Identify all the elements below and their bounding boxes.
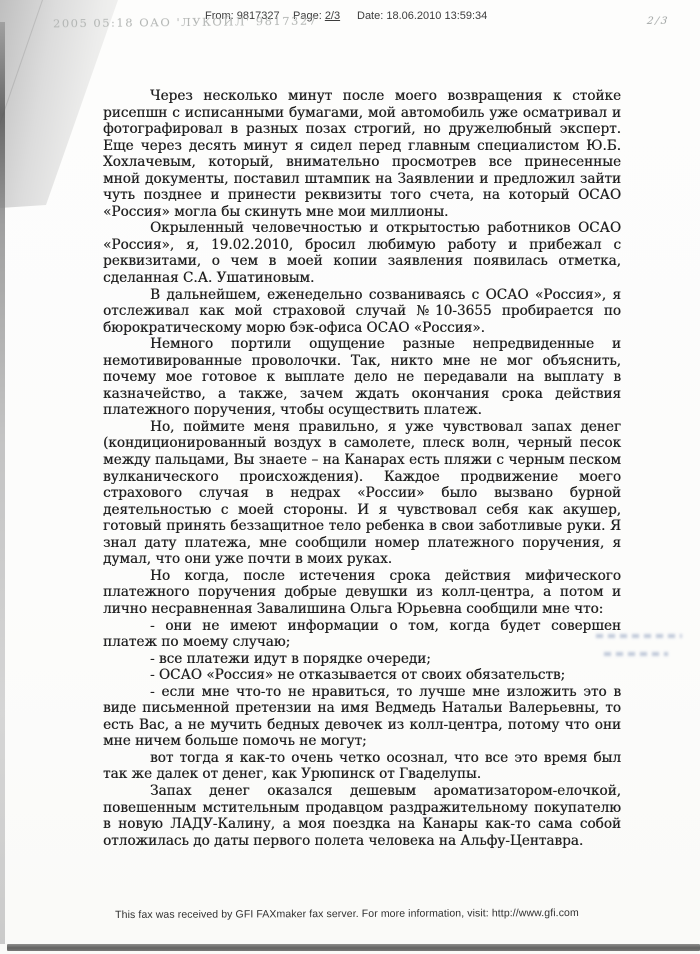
paragraph-8: Запах денег оказался дешевым ароматизато… <box>103 783 621 849</box>
paragraph-7: вот тогда я как-то очень четко осознал, … <box>103 750 621 783</box>
paragraph-6: Но когда, после истечения срока действия… <box>103 568 621 618</box>
paragraph-1: Через несколько минут после моего возвра… <box>103 88 621 220</box>
gfi-faxmaker-footer: This fax was received by GFI FAXmaker fa… <box>0 906 694 921</box>
fax-page-value: 2/3 <box>325 10 340 22</box>
corner-page-number: 2/3 <box>646 16 670 27</box>
paragraph-5: Но, поймите меня правильно, я уже чувств… <box>103 419 621 568</box>
fax-date-time: Date: 18.06.2010 13:59:34 <box>357 10 487 22</box>
list-item-1: - они не имеют информации о том, когда б… <box>103 618 621 651</box>
paragraph-2: Окрыленный человечностью и открытостью р… <box>103 220 621 286</box>
paragraph-3: В дальнейшем, еженедельно созваниваясь с… <box>103 287 621 337</box>
list-item-2: - все платежи идут в порядке очереди; <box>103 651 621 668</box>
paragraph-4: Немного портили ощущение разные непредви… <box>103 336 621 419</box>
ink-bleed-artifact <box>596 634 682 638</box>
scan-edge-bottom <box>7 944 700 951</box>
list-item-4: - если мне что-то не нравиться, то лучше… <box>103 684 621 750</box>
letter-body: Через несколько минут после моего возвра… <box>103 88 621 849</box>
ink-bleed-artifact <box>604 652 668 656</box>
scan-edge-left <box>0 22 5 944</box>
fax-machine-imprint: 2005 05:18 ОАО 'ЛУКОЙЛ' 9817327 <box>53 14 318 31</box>
list-item-3: - ОСАО «Россия» не отказывается от своих… <box>103 667 621 684</box>
scanned-fax-page: From: 9817327 Page: 2/3 Date: 18.06.2010… <box>0 0 700 954</box>
